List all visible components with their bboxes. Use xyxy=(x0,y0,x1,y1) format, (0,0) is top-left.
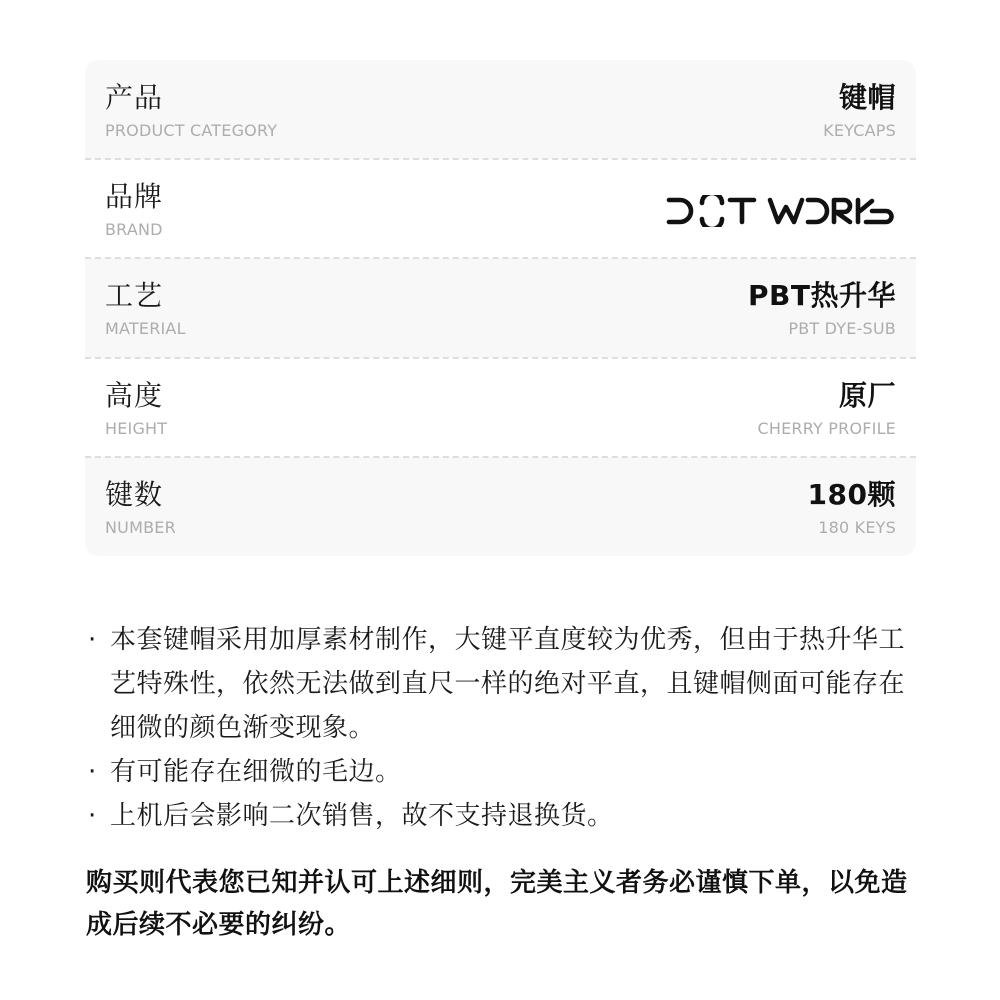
spec-value-cn: 键帽 xyxy=(839,80,896,116)
spec-label-cn: 工艺 xyxy=(105,278,186,314)
spec-label-en: HEIGHT xyxy=(105,418,167,440)
spec-label-cn: 产品 xyxy=(105,80,277,116)
spec-value-cn: PBT热升华 xyxy=(748,278,896,314)
note-item: · 上机后会影响二次销售，故不支持退换货。 xyxy=(88,794,918,838)
spec-label-cn: 品牌 xyxy=(105,179,163,215)
note-text: 有可能存在细微的毛边。 xyxy=(110,750,918,794)
spec-label-cn: 高度 xyxy=(105,378,167,414)
spec-value-en: KEYCAPS xyxy=(823,120,896,142)
spec-label-en: NUMBER xyxy=(105,517,176,539)
spec-row-product: 产品 PRODUCT CATEGORY 键帽 KEYCAPS xyxy=(85,60,916,159)
spec-row-height: 高度 HEIGHT 原厂 CHERRY PROFILE xyxy=(85,358,916,457)
bullet-icon: · xyxy=(88,618,110,750)
spec-label-en: BRAND xyxy=(105,219,163,241)
note-item: · 本套键帽采用加厚素材制作，大键平直度较为优秀，但由于热升华工艺特殊性，依然无… xyxy=(88,618,918,750)
note-text: 本套键帽采用加厚素材制作，大键平直度较为优秀，但由于热升华工艺特殊性，依然无法做… xyxy=(110,618,918,750)
spec-row-brand: 品牌 BRAND xyxy=(85,159,916,258)
spec-row-material: 工艺 MATERIAL PBT热升华 PBT DYE-SUB xyxy=(85,258,916,357)
notes-list: · 本套键帽采用加厚素材制作，大键平直度较为优秀，但由于热升华工艺特殊性，依然无… xyxy=(88,618,918,838)
bullet-icon: · xyxy=(88,750,110,794)
spec-label-cn: 键数 xyxy=(105,477,176,513)
spec-value-en: PBT DYE-SUB xyxy=(788,318,896,340)
spec-label-en: MATERIAL xyxy=(105,318,186,340)
spec-value-cn: 原厂 xyxy=(839,378,896,414)
dot-works-logo-icon xyxy=(666,195,896,227)
bullet-icon: · xyxy=(88,794,110,838)
spec-value-cn: 180颗 xyxy=(808,477,896,513)
spec-row-number: 键数 NUMBER 180颗 180 KEYS xyxy=(85,457,916,556)
spec-label-en: PRODUCT CATEGORY xyxy=(105,120,277,142)
note-text: 上机后会影响二次销售，故不支持退换货。 xyxy=(110,794,918,838)
purchase-disclaimer: 购买则代表您已知并认可上述细则，完美主义者务必谨慎下单，以免造成后续不必要的纠纷… xyxy=(86,862,926,946)
spec-value-en: CHERRY PROFILE xyxy=(758,418,897,440)
spec-value-en: 180 KEYS xyxy=(818,517,896,539)
spec-table: 产品 PRODUCT CATEGORY 键帽 KEYCAPS 品牌 BRAND xyxy=(85,60,916,556)
note-item: · 有可能存在细微的毛边。 xyxy=(88,750,918,794)
